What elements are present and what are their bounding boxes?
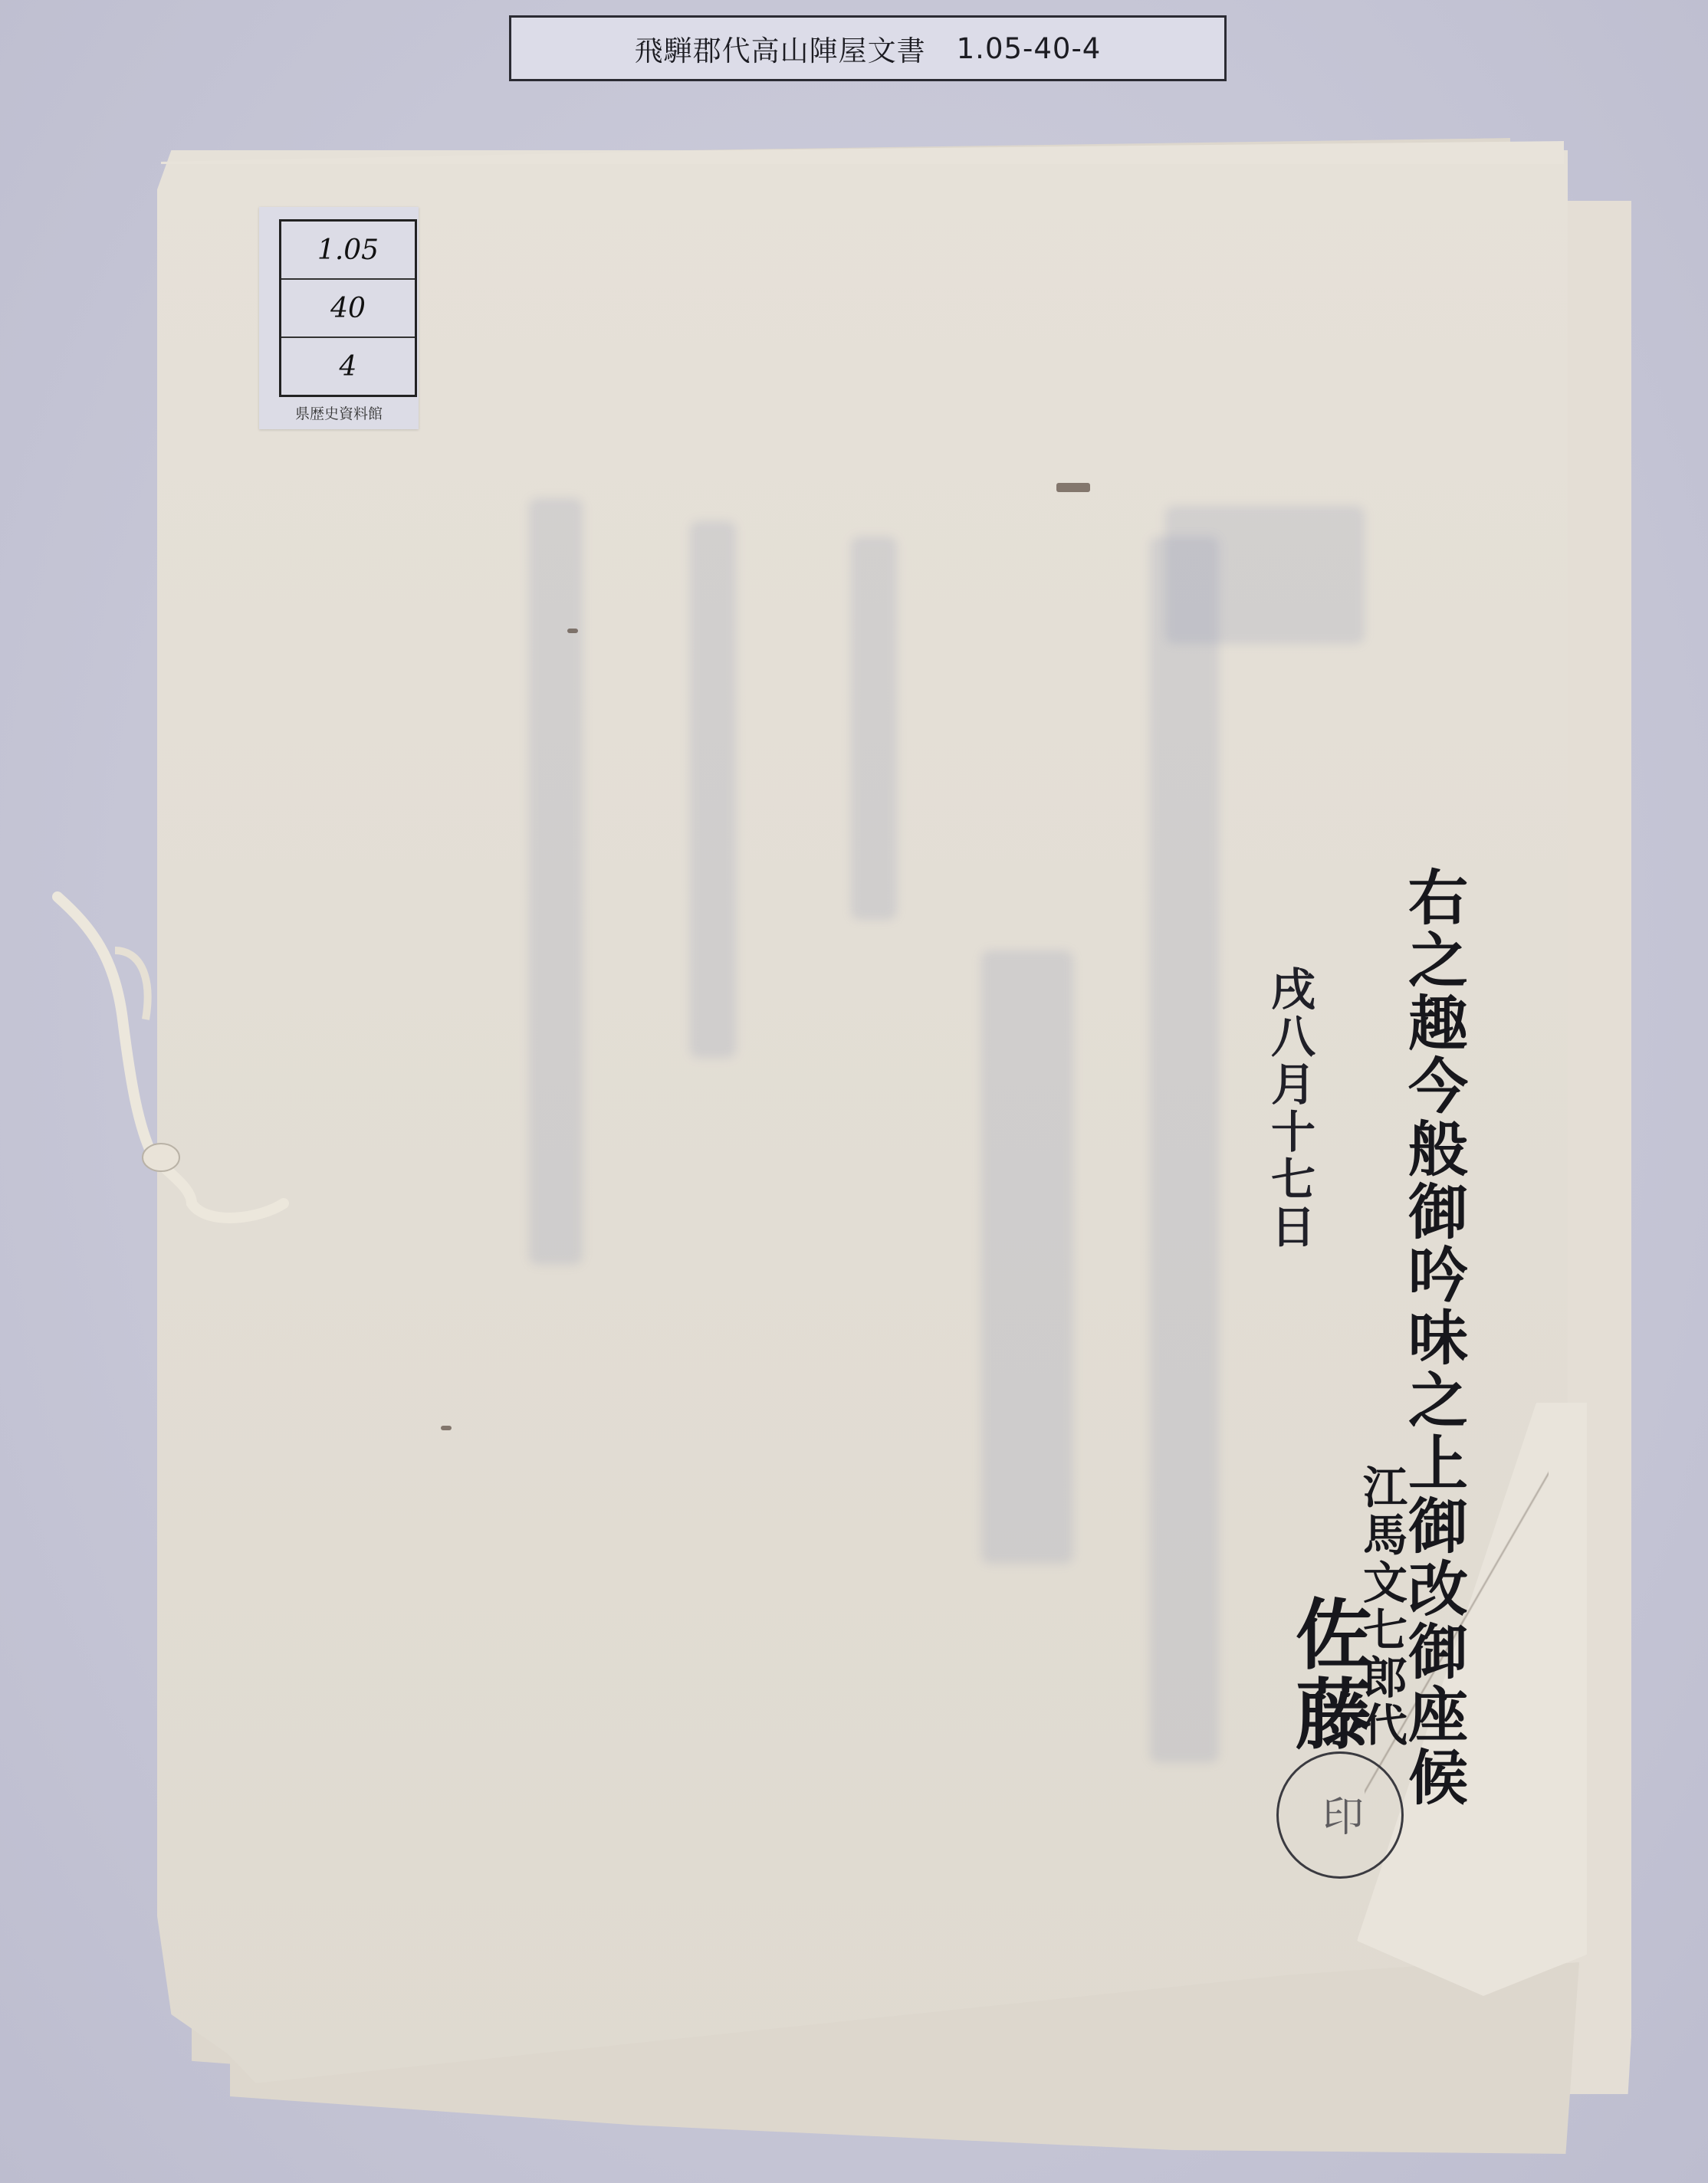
tag-row: 1.05 bbox=[281, 222, 415, 280]
archive-tag: 1.05 40 4 県歴史資料館 bbox=[259, 207, 419, 429]
handwritten-signature: 佐藤 bbox=[1273, 1594, 1383, 1754]
archive-tag-grid: 1.05 40 4 bbox=[279, 219, 417, 397]
tag-institution: 県歴史資料館 bbox=[259, 402, 419, 423]
binding-string bbox=[23, 866, 314, 1249]
bleed-through-text bbox=[1165, 506, 1365, 644]
catalog-title-label: 飛騨郡代高山陣屋文書 1.05-40-4 bbox=[509, 15, 1227, 81]
handwritten-date: 戌八月十七日 bbox=[1257, 966, 1322, 1251]
ink-stain bbox=[441, 1426, 452, 1430]
ink-stain bbox=[567, 629, 578, 633]
catalog-code: 1.05-40-4 bbox=[957, 32, 1102, 65]
bleed-through-text bbox=[690, 521, 736, 1058]
tag-row: 40 bbox=[281, 280, 415, 338]
bleed-through-text bbox=[529, 498, 583, 1265]
collection-name: 飛騨郡代高山陣屋文書 bbox=[635, 28, 926, 69]
bleed-through-text bbox=[851, 537, 897, 920]
tag-row: 4 bbox=[281, 338, 415, 395]
bleed-through-text bbox=[1150, 537, 1219, 1763]
ink-stain bbox=[1056, 483, 1090, 492]
bleed-through-text bbox=[981, 950, 1073, 1564]
seal-stamp-icon: 印 bbox=[1276, 1751, 1404, 1879]
